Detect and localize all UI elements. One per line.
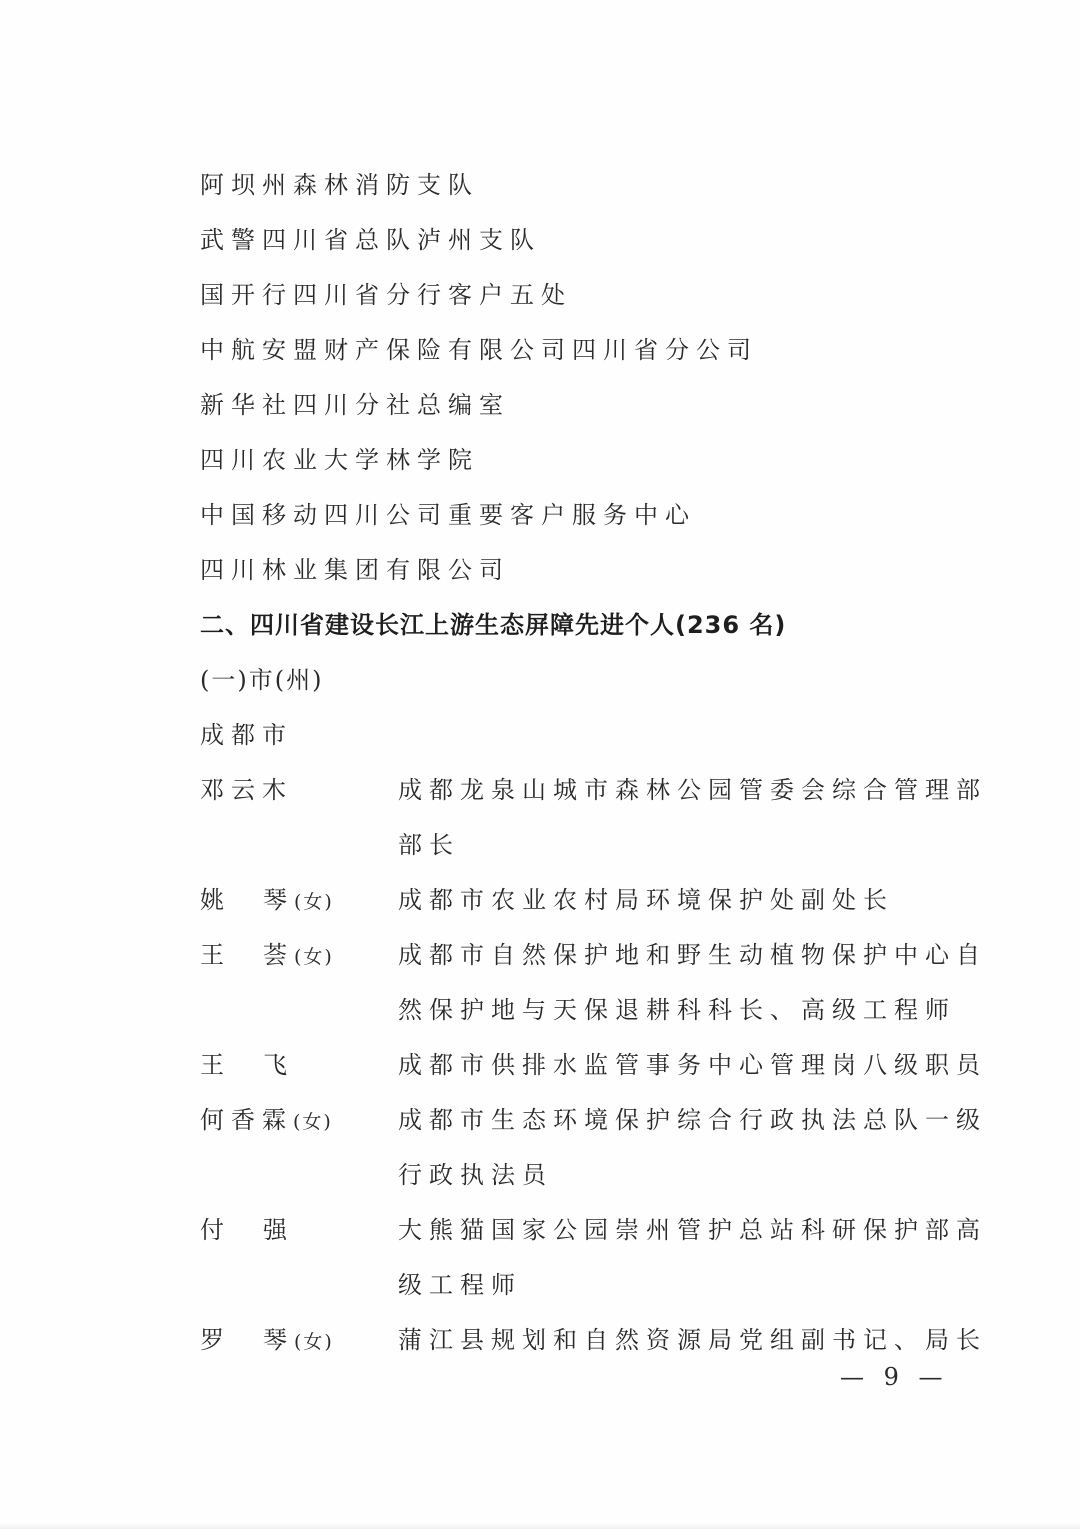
unit-item: 中国移动四川公司重要客户服务中心	[200, 500, 696, 530]
unit-item: 武警四川省总队泸州支队	[200, 225, 541, 255]
person-name: 何香霖(女)	[200, 1105, 333, 1137]
person-detail: 成都市农业农村局环境保护处副处长	[398, 885, 894, 915]
unit-item: 中航安盟财产保险有限公司四川省分公司	[200, 335, 758, 365]
person-detail: 成都龙泉山城市森林公园管委会综合管理部 部长	[398, 775, 987, 860]
gender-note: (女)	[294, 1331, 334, 1353]
person-detail: 大熊猫国家公园崇州管护总站科研保护部高 级工程师	[398, 1215, 987, 1300]
unit-item: 新华社四川分社总编室	[200, 390, 510, 420]
bottom-edge	[0, 1523, 1080, 1529]
document-page: 阿坝州森林消防支队 武警四川省总队泸州支队 国开行四川省分行客户五处 中航安盟财…	[0, 0, 1080, 1529]
person-detail: 蒲江县规划和自然资源局党组副书记、局长	[398, 1325, 987, 1355]
page-number: — 9 —	[840, 1362, 949, 1392]
city-heading: 成都市	[200, 720, 293, 750]
person-name: 王飞	[200, 1050, 294, 1080]
subsection-heading: (一)市(州)	[200, 665, 323, 695]
person-detail: 成都市生态环境保护综合行政执法总队一级 行政执法员	[398, 1105, 987, 1190]
gender-note: (女)	[294, 946, 334, 968]
person-name: 付强	[200, 1215, 294, 1245]
unit-item: 四川林业集团有限公司	[200, 555, 510, 585]
person-name: 姚琴(女)	[200, 885, 334, 917]
person-name: 邓云木	[200, 775, 293, 805]
unit-item: 四川农业大学林学院	[200, 445, 479, 475]
person-detail: 成都市自然保护地和野生动植物保护中心自 然保护地与天保退耕科科长、高级工程师	[398, 940, 987, 1025]
person-detail: 成都市供排水监管事务中心管理岗八级职员	[398, 1050, 987, 1080]
gender-note: (女)	[294, 891, 334, 913]
section-heading: 二、四川省建设长江上游生态屏障先进个人(236 名)	[200, 610, 786, 640]
unit-item: 阿坝州森林消防支队	[200, 170, 479, 200]
person-name: 王荟(女)	[200, 940, 334, 972]
person-name: 罗琴(女)	[200, 1325, 334, 1357]
unit-item: 国开行四川省分行客户五处	[200, 280, 572, 310]
gender-note: (女)	[293, 1111, 333, 1133]
